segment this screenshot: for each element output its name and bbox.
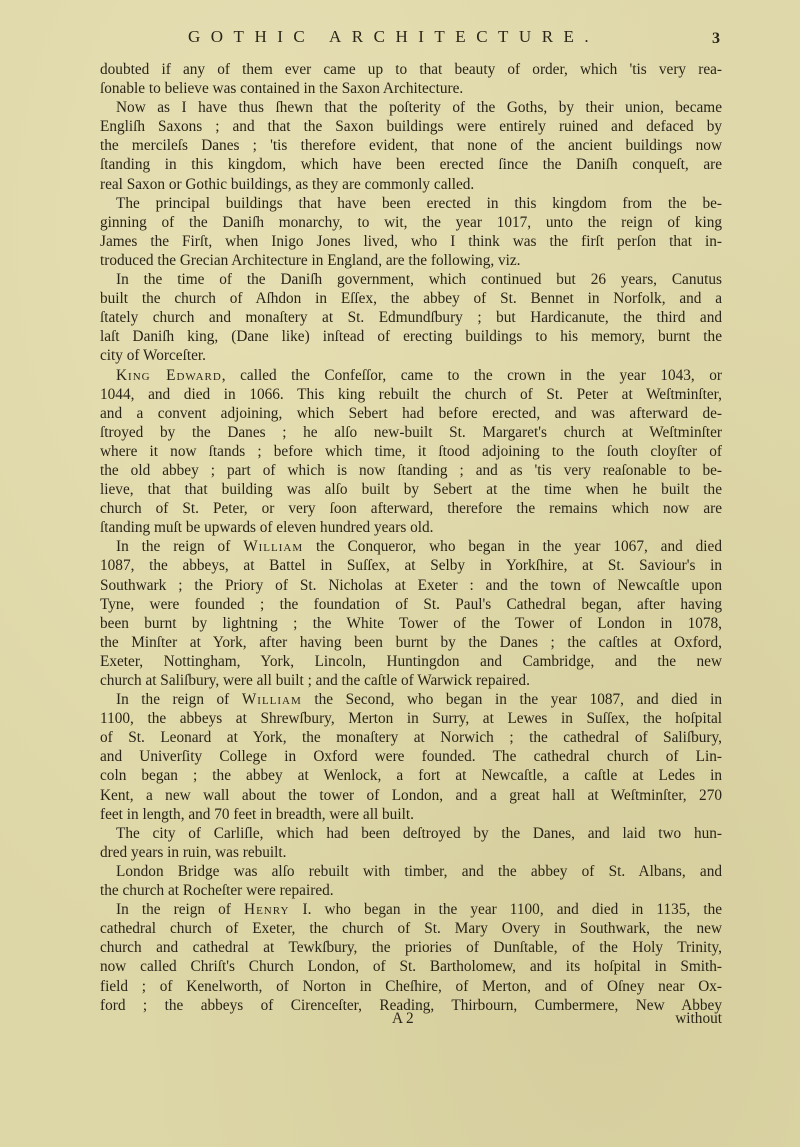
text-line: In the time of the Daniſh government, wh… [100, 270, 722, 289]
book-page: GOTHIC ARCHITECTURE. 3 doubted if any of… [0, 0, 800, 1147]
page-footer: A 2 without [100, 1010, 722, 1030]
text-line: the Minſter at York, after having been b… [100, 633, 722, 652]
text-line: the church at Rocheſter were repaired. [100, 881, 722, 900]
paragraph: The city of Carliſle, which had been deſ… [100, 824, 722, 862]
small-caps-name: William [243, 538, 303, 555]
text-line: James the Firſt, when Inigo Jones lived,… [100, 232, 722, 251]
text-line: feet in length, and 70 feet in breadth, … [100, 805, 722, 824]
text-line: of St. Leonard at York, the monaſtery at… [100, 728, 722, 747]
text-line: church and cathedral at Tewkſbury, the p… [100, 938, 722, 957]
text-line: ſtately church and monaſtery at St. Edmu… [100, 308, 722, 327]
text-line: The city of Carliſle, which had been deſ… [100, 824, 722, 843]
text-line: Kent, a new wall about the tower of Lond… [100, 786, 722, 805]
text-line: In the reign of William the Second, who … [100, 690, 722, 709]
paragraph: London Bridge was alſo rebuilt with timb… [100, 862, 722, 900]
paragraph: In the reign of William the Conqueror, w… [100, 537, 722, 690]
text-run: I. who began in the year 1100, and died … [289, 901, 722, 918]
text-line: church of St. Peter, or very ſoon afterw… [100, 499, 722, 518]
text-line: 1044, and died in 1066. This king rebuil… [100, 385, 722, 404]
text-line: Exeter, Nottingham, York, Lincoln, Hunti… [100, 652, 722, 671]
text-line: Engliſh Saxons ; and that the Saxon buil… [100, 117, 722, 136]
text-line: Southwark ; the Priory of St. Nicholas a… [100, 576, 722, 595]
paragraph: doubted if any of them ever came up to t… [100, 60, 722, 98]
text-line: dred years in ruin, was rebuilt. [100, 843, 722, 862]
text-run: In the reign of [116, 538, 243, 555]
text-line: London Bridge was alſo rebuilt with timb… [100, 862, 722, 881]
text-line: and a convent adjoining, which Sebert ha… [100, 404, 722, 423]
text-line: real Saxon or Gothic buildings, as they … [100, 175, 722, 194]
paragraph: In the time of the Daniſh government, wh… [100, 270, 722, 365]
text-line: lieve, that that building was alſo built… [100, 480, 722, 499]
text-line: the mercileſs Danes ; 'tis therefore evi… [100, 136, 722, 155]
small-caps-name: King Edward [116, 367, 222, 384]
text-line: been burnt by lightning ; the White Towe… [100, 614, 722, 633]
text-line: doubted if any of them ever came up to t… [100, 60, 722, 79]
running-title: GOTHIC ARCHITECTURE. [188, 27, 688, 47]
body-text: doubted if any of them ever came up to t… [100, 60, 722, 1015]
text-line: laſt Daniſh king, (Dane like) inſtead of… [100, 327, 722, 346]
text-line: where it now ſtands ; before which time,… [100, 442, 722, 461]
text-line: ſonable to believe was contained in the … [100, 79, 722, 98]
text-line: troduced the Grecian Architecture in Eng… [100, 251, 722, 270]
text-line: field ; of Kenelworth, of Norton in Cheſ… [100, 977, 722, 996]
text-line: King Edward, called the Confeſſor, came … [100, 366, 722, 385]
text-line: ſtanding in this kingdom, which have bee… [100, 155, 722, 174]
text-line: built the church of Aſhdon in Eſſex, the… [100, 289, 722, 308]
paragraph: In the reign of Henry I. who began in th… [100, 900, 722, 1015]
text-line: now called Chriſt's Church London, of St… [100, 957, 722, 976]
paragraph: Now as I have thus ſhewn that the poſter… [100, 98, 722, 193]
text-line: The principal buildings that have been e… [100, 194, 722, 213]
text-run: In the reign of [116, 691, 242, 708]
text-line: ſtroyed by the Danes ; he alſo new-built… [100, 423, 722, 442]
paragraph: King Edward, called the Confeſſor, came … [100, 366, 722, 538]
text-line: 1100, the abbeys at Shrewſbury, Merton i… [100, 709, 722, 728]
text-line: In the reign of Henry I. who began in th… [100, 900, 722, 919]
paragraph: The principal buildings that have been e… [100, 194, 722, 270]
text-line: coln began ; the abbey at Wenlock, a for… [100, 766, 722, 785]
paragraph: In the reign of William the Second, who … [100, 690, 722, 824]
catchword: without [675, 1010, 722, 1028]
text-run: the Conqueror, who began in the year 106… [303, 538, 722, 555]
text-line: ginning of the Daniſh monarchy, to wit, … [100, 213, 722, 232]
text-line: Now as I have thus ſhewn that the poſter… [100, 98, 722, 117]
text-run: In the reign of [116, 901, 244, 918]
text-line: and Univerſity College in Oxford were fo… [100, 747, 722, 766]
small-caps-name: Henry [244, 901, 289, 918]
small-caps-name: William [242, 691, 302, 708]
text-line: city of Worceſter. [100, 346, 722, 365]
text-line: Tyne, were founded ; the foundation of S… [100, 595, 722, 614]
text-line: 1087, the abbeys, at Battel in Suſſex, a… [100, 556, 722, 575]
text-run: the Second, who began in the year 1087, … [302, 691, 722, 708]
text-line: cathedral church of Exeter, the church o… [100, 919, 722, 938]
signature-mark: A 2 [392, 1010, 414, 1028]
text-run: , called the Confeſſor, came to the crow… [222, 367, 722, 384]
text-line: church at Saliſbury, were all built ; an… [100, 671, 722, 690]
page-number: 3 [712, 30, 720, 48]
text-line: ſtanding muſt be upwards of eleven hundr… [100, 518, 722, 537]
text-line: In the reign of William the Conqueror, w… [100, 537, 722, 556]
text-line: the old abbey ; part of which is now ſta… [100, 461, 722, 480]
